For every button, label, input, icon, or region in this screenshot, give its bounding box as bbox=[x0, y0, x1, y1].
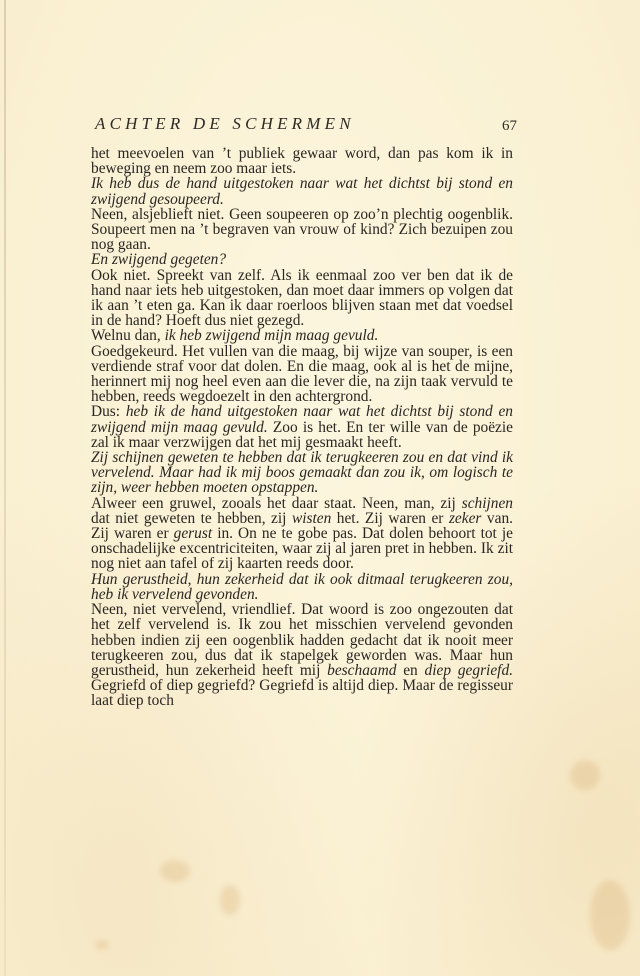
body-text: het meevoelen van ’t publiek gewaar word… bbox=[91, 146, 513, 709]
paragraph: En zwijgend gegeten? bbox=[91, 252, 513, 267]
book-page: ACHTER DE SCHERMEN 67 het meevoelen van … bbox=[0, 0, 640, 976]
paragraph: Ik heb dus de hand uitgestoken naar wat … bbox=[91, 176, 513, 206]
paragraph: Neen, niet vervelend, vriendlief. Dat wo… bbox=[91, 602, 513, 708]
text-run: Gegriefd of diep gegriefd? Gegriefd is a… bbox=[91, 677, 513, 709]
text-run: Ook niet. Spreekt van zelf. Als ik eenma… bbox=[91, 267, 513, 330]
paragraph: het meevoelen van ’t publiek gewaar word… bbox=[91, 146, 513, 176]
paragraph: Zij schijnen geweten te hebben dat ik te… bbox=[91, 450, 513, 496]
paragraph: Goedgekeurd. Het vullen van die maag, bi… bbox=[91, 344, 513, 405]
paragraph: Hun gerustheid, hun zekerheid dat ik ook… bbox=[91, 572, 513, 602]
italic-run: Zij schijnen geweten te hebben dat ik te… bbox=[91, 449, 513, 496]
page-gutter-edge bbox=[4, 0, 6, 976]
foxing-stain bbox=[570, 760, 600, 790]
text-run: Neen, alsjeblieft niet. Geen soupeeren o… bbox=[91, 206, 513, 253]
foxing-stain bbox=[220, 885, 240, 915]
text-run: Goedgekeurd. Het vullen van die maag, bi… bbox=[91, 343, 513, 406]
paragraph: Neen, alsjeblieft niet. Geen soupeeren o… bbox=[91, 207, 513, 253]
foxing-stain bbox=[160, 860, 190, 882]
paragraph: Dus: heb ik de hand uitgestoken naar wat… bbox=[91, 404, 513, 450]
text-run: het meevoelen van ’t publiek gewaar word… bbox=[91, 145, 513, 177]
paragraph: Welnu dan, ik heb zwijgend mijn maag gev… bbox=[91, 328, 513, 343]
running-head: ACHTER DE SCHERMEN bbox=[95, 114, 355, 134]
italic-run: Hun gerustheid, hun zekerheid dat ik ook… bbox=[91, 571, 513, 603]
page-number: 67 bbox=[502, 118, 517, 135]
italic-run: Ik heb dus de hand uitgestoken naar wat … bbox=[91, 175, 513, 207]
foxing-stain bbox=[590, 880, 630, 950]
foxing-stain bbox=[95, 940, 109, 950]
paragraph: Ook niet. Spreekt van zelf. Als ik eenma… bbox=[91, 268, 513, 329]
paragraph: Alweer een gruwel, zooals het daar staat… bbox=[91, 496, 513, 572]
